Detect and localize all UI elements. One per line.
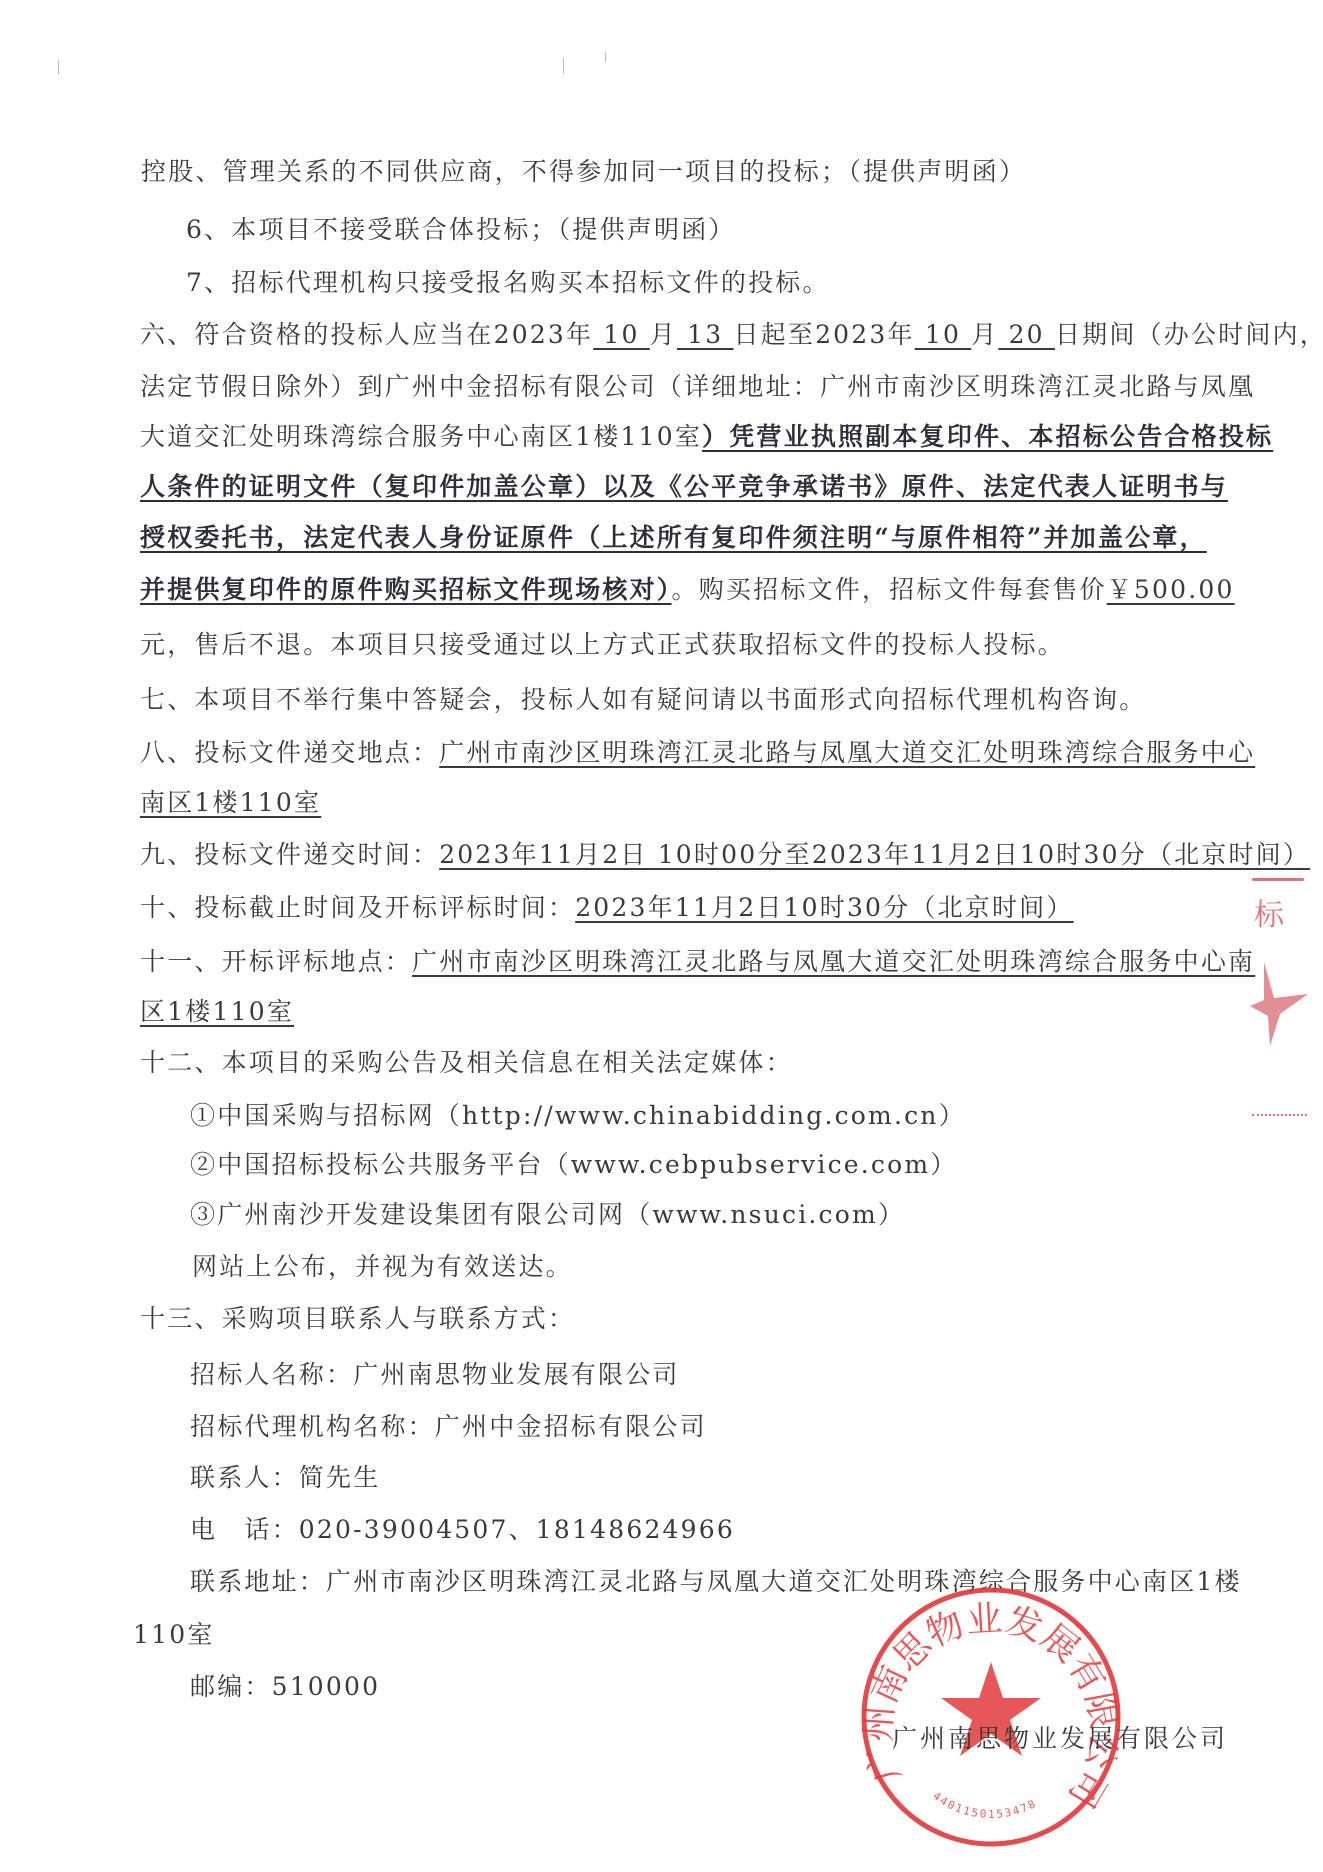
text-line: 七、本项目不举行集中答疑会，投标人如有疑问请以书面形式向招标代理机构咨询。	[140, 685, 1146, 715]
address-value: 广州市南沙区明珠湾江灵北路与凤凰大道交汇处明珠湾综合服务中心	[439, 738, 1255, 767]
text-segment: 日期间（办公时间内，	[1055, 320, 1323, 349]
text-segment: 。购买招标文件，招标文件每套售价	[672, 575, 1107, 604]
text-line: 控股、管理关系的不同供应商，不得参加同一项目的投标；（提供声明函）	[141, 157, 1026, 187]
contact-field: 招标人名称：广州南思物业发展有限公司	[190, 1360, 680, 1390]
text-line: 十、投标截止时间及开标评标时间：2023年11月2日10时30分（北京时间）	[140, 893, 1074, 923]
signature-company: 广州南思物业发展有限公司	[892, 1724, 1228, 1754]
address-value: 南区1楼110室	[140, 788, 321, 818]
edge-seal-border	[1252, 878, 1304, 881]
media-item: ②中国招标投标公共服务平台（www.cebpubservice.com）	[190, 1150, 957, 1180]
text-line: 网站上公布，并视为有效送达。	[192, 1252, 573, 1282]
scan-mark	[563, 58, 564, 74]
contact-field: 电 话：020-39004507、18148624966	[190, 1515, 735, 1545]
text-segment: 大道交汇处明珠湾综合服务中心南区1楼110室	[140, 422, 702, 451]
text-segment: 八、投标文件递交地点：	[140, 738, 439, 767]
edge-seal: 标	[1250, 876, 1323, 1136]
contact-field: 110室	[133, 1620, 215, 1650]
edge-seal-digits	[1252, 1114, 1307, 1119]
text-line: 八、投标文件递交地点：广州市南沙区明珠湾江灵北路与凤凰大道交汇处明珠湾综合服务中…	[140, 738, 1255, 768]
address-value: 广州市南沙区明珠湾江灵北路与凤凰大道交汇处明珠湾综合服务中心南	[412, 947, 1255, 976]
emphasized-text: 授权委托书，法定代表人身份证原件（上述所有复印件须注明“与原件相符”并加盖公章，	[140, 523, 1207, 553]
emphasized-text: 人条件的证明文件（复印件加盖公章）以及《公平竞争承诺书》原件、法定代表人证明书与	[140, 472, 1228, 502]
scan-mark	[58, 60, 59, 74]
text-line: 元，售后不退。本项目只接受通过以上方式正式获取招标文件的投标人投标。	[140, 630, 1065, 660]
filled-blank: 10	[593, 320, 650, 349]
filled-blank: 20	[998, 320, 1055, 349]
emphasized-text: 并提供复印件的原件购买招标文件现场核对）	[140, 575, 672, 604]
emphasized-text: ）凭营业执照副本复印件、本招标公告合格投标	[702, 422, 1273, 451]
text-segment: 六、符合资格的投标人应当在2023年	[140, 320, 593, 349]
text-line: 并提供复印件的原件购买招标文件现场核对）。购买招标文件，招标文件每套售价￥500…	[140, 575, 1235, 605]
text-segment: 日起至2023年	[733, 320, 914, 349]
text-segment: 月	[650, 320, 677, 349]
text-line: 6、本项目不接受联合体投标；（提供声明函）	[186, 215, 736, 245]
address-value: 区1楼110室	[140, 997, 294, 1027]
text-line: 7、招标代理机构只接受报名购买本招标文件的投标。	[186, 268, 830, 298]
text-line: 十二、本项目的采购公告及相关信息在相关法定媒体：	[140, 1048, 793, 1078]
price-value: ￥500.00	[1107, 575, 1235, 604]
svg-text:4401150153478: 4401150153478	[930, 1789, 1039, 1821]
text-line: 法定节假日除外）到广州中金招标有限公司（详细地址：广州市南沙区明珠湾江灵北路与凤…	[140, 372, 1255, 402]
contact-field: 联系人：简先生	[190, 1463, 380, 1493]
contact-field: 招标代理机构名称：广州中金招标有限公司	[190, 1412, 707, 1442]
time-value: 2023年11月2日 10时00分至2023年11月2日10时30分（北京时间）	[439, 840, 1310, 869]
text-segment: 月	[971, 320, 998, 349]
text-line: 大道交汇处明珠湾综合服务中心南区1楼110室）凭营业执照副本复印件、本招标公告合…	[140, 422, 1273, 452]
text-line: 十三、采购项目联系人与联系方式：	[140, 1304, 575, 1334]
filled-blank: 13	[677, 320, 734, 349]
text-line: 九、投标文件递交时间：2023年11月2日 10时00分至2023年11月2日1…	[140, 840, 1310, 870]
text-segment: 九、投标文件递交时间：	[140, 840, 439, 869]
filled-blank: 10	[915, 320, 972, 349]
media-item: ①中国采购与招标网（http://www.chinabidding.com.cn…	[190, 1101, 966, 1131]
text-segment: 十、投标截止时间及开标评标时间：	[140, 893, 575, 922]
company-seal-icon: 广州南思物业发展有限公司 4401150153478	[858, 1584, 1124, 1850]
scan-mark	[605, 52, 606, 62]
text-line: 六、符合资格的投标人应当在2023年 10 月 13 日起至2023年 10 月…	[140, 320, 1323, 350]
edge-seal-text: 标	[1254, 890, 1284, 934]
contact-field: 邮编：510000	[190, 1672, 380, 1702]
text-segment: 十一、开标评标地点：	[140, 947, 412, 976]
time-value: 2023年11月2日10时30分（北京时间）	[575, 893, 1073, 922]
star-icon	[1250, 958, 1310, 1048]
text-line: 十一、开标评标地点：广州市南沙区明珠湾江灵北路与凤凰大道交汇处明珠湾综合服务中心…	[140, 947, 1255, 977]
media-item: ③广州南沙开发建设集团有限公司网（www.nsuci.com）	[190, 1200, 905, 1230]
